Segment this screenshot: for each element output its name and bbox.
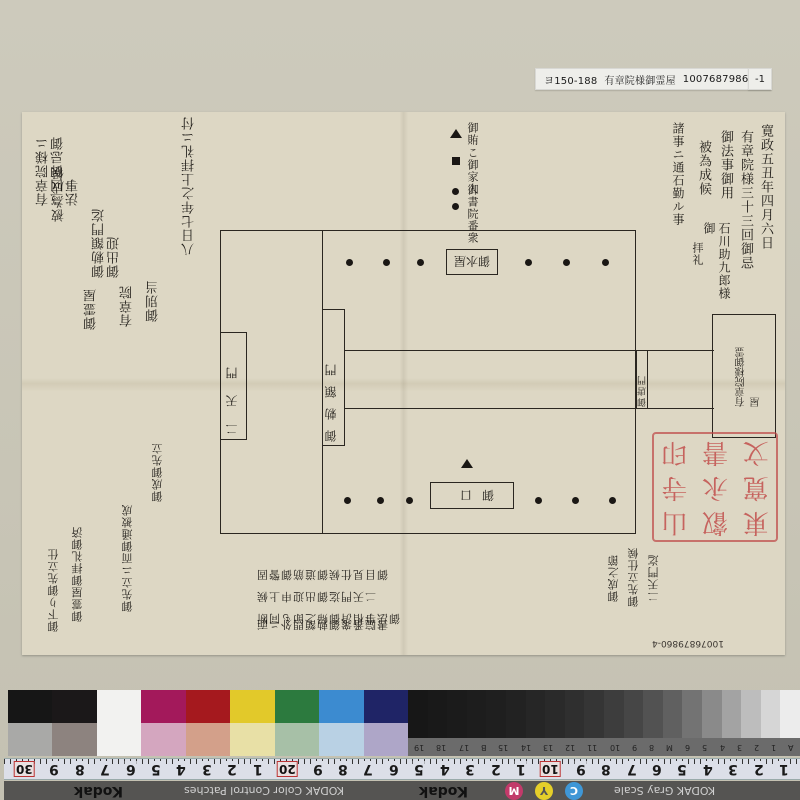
gray-step-label: 3	[737, 743, 742, 752]
guard-dot	[609, 497, 616, 504]
plan-box-chokugakumon-label: 御勅額門	[324, 317, 339, 442]
left-body-line-1: 御成御先立	[150, 332, 165, 502]
ruler-tick-label: 30	[14, 761, 35, 777]
seal-char: 叡	[695, 509, 736, 535]
color-patch-column	[141, 690, 185, 756]
color-patch-column	[319, 690, 363, 756]
ruler-tick-label: 1	[252, 761, 264, 777]
guard-dot	[563, 259, 570, 266]
ruler-tick-label: 8	[337, 761, 349, 777]
heading-line-2: 有章院様三十三回御忌	[738, 130, 753, 305]
color-patch	[319, 723, 363, 756]
ruler-tick-label: 4	[702, 761, 714, 777]
cyan-marker-icon: C	[565, 782, 583, 800]
gray-strip-name: KODAK Gray Scale	[614, 784, 715, 797]
ruler-tick-label: 20	[277, 761, 298, 777]
guard-dot	[572, 497, 579, 504]
gray-step-label: 11	[587, 743, 597, 752]
calibration-card-footer: Kodak KODAK Color Control Patches Kodak …	[4, 781, 800, 800]
square-legend-icon	[452, 157, 460, 165]
color-strip-name: KODAK Color Control Patches	[184, 784, 344, 797]
ruler-tick-label: 10	[540, 761, 561, 777]
heading-line-5: 石川助九郎様御	[701, 222, 731, 312]
heading-line-1: 寛政五丑年四月六日	[758, 124, 773, 299]
gray-step-label: 10	[610, 743, 620, 752]
ruler-tick-label: 7	[362, 761, 374, 777]
plan-box-mitamaya-label: 有章院様御霊屋	[734, 347, 764, 407]
color-patch-column	[52, 690, 96, 756]
gray-step-label: 15	[498, 743, 508, 752]
triangle-legend-icon	[450, 129, 462, 138]
ruler-tick-label: 7	[626, 761, 638, 777]
color-patch	[230, 723, 274, 756]
bottom-body-line-2: 御目見仕候御道筋御警固	[256, 562, 388, 582]
ruler-tick-label: 2	[753, 761, 765, 777]
ruler-tick-label: 5	[676, 761, 688, 777]
bottom-body-line-3: 二天門迄御出迎申上候	[256, 584, 376, 604]
guard-dot	[346, 259, 353, 266]
magenta-marker-icon: M	[505, 782, 523, 800]
color-patch	[52, 723, 96, 756]
ruler-tick-label: 7	[99, 761, 111, 777]
gray-step-label: 2	[754, 743, 759, 752]
gray-scale-labels: 191817B15141312111098M654321A	[408, 738, 800, 756]
color-patch	[97, 723, 141, 756]
document-id: 10076879860	[683, 74, 755, 85]
heading-line-3: 御法事御用	[718, 130, 733, 210]
color-patch	[319, 690, 363, 723]
gray-step-label: 1	[771, 743, 776, 752]
ruler-tick-label: 4	[175, 761, 187, 777]
dot-legend-icon	[452, 203, 459, 210]
triangle-marker-icon	[461, 459, 473, 468]
gray-step-label: 14	[521, 743, 531, 752]
ruler-tick-label: 9	[575, 761, 587, 777]
ruler-tick-label: 2	[490, 761, 502, 777]
plan-box-karamon-label: 御唐門	[636, 352, 651, 407]
plan-outer-enclosure	[220, 230, 636, 534]
seal-char: 山	[654, 509, 695, 535]
plan-box-nitenmon-label: 二天門	[225, 340, 240, 435]
bottom-right-line-2: 御先立仕候	[626, 537, 641, 607]
seal-char: 書	[695, 439, 736, 465]
gray-step-label: 13	[543, 743, 553, 752]
seal-char: 印	[654, 439, 695, 465]
color-control-patches	[8, 690, 408, 756]
left-heading-line-1: 八日七年之上拝礼ニ付	[182, 116, 197, 256]
gray-step-label: 19	[414, 743, 424, 752]
document-title: 有章院様御霊屋	[604, 72, 675, 87]
gray-step-label: 4	[720, 743, 725, 752]
ruler-tick-label: 8	[74, 761, 86, 777]
color-patch-column	[8, 690, 52, 756]
ruler-tick-label: 5	[413, 761, 425, 777]
dot-legend-icon	[452, 188, 459, 195]
color-patch	[97, 690, 141, 723]
seal-char: 永	[695, 474, 736, 500]
marginal-note-2: 有章院	[120, 252, 135, 327]
ruler-tick-label: 6	[651, 761, 663, 777]
guard-dot	[525, 259, 532, 266]
heading-line-7: 諸事ニ通石勤ル事	[670, 122, 685, 252]
color-patch	[364, 690, 408, 723]
marginal-note-3: 御別当	[146, 262, 161, 322]
ruler-tick-label: 8	[600, 761, 612, 777]
ruler-tick-label: 3	[727, 761, 739, 777]
archive-label: ヨ150-188 有章院様御霊屋 10076879860	[535, 68, 771, 90]
seal-char: 文	[735, 439, 776, 465]
color-patch	[141, 723, 185, 756]
document-sheet: 寛政五丑年四月六日 有章院様三十三回御忌 御法事御用 被為成候 石川助九郎様御 …	[22, 112, 785, 655]
ruler-tick-label: 6	[125, 761, 137, 777]
heading-line-6: 拝礼	[690, 242, 705, 282]
guard-dot	[602, 259, 609, 266]
color-patch	[186, 690, 230, 723]
color-patch-column	[230, 690, 274, 756]
kodak-logo-right: Kodak	[419, 783, 468, 799]
guard-dot	[383, 259, 390, 266]
gray-step-label: B	[481, 743, 487, 752]
plan-box-top-label: 御水屋	[446, 249, 498, 275]
bottom-right-line-3: 二天門迄	[646, 532, 661, 602]
left-heading-line-3: 被為成候	[52, 162, 67, 222]
color-patch	[275, 723, 319, 756]
color-patch	[186, 723, 230, 756]
bottom-body-line-4: 御法事相済御帰之節も同断	[256, 606, 400, 626]
plan-path-top-line	[344, 350, 714, 351]
ruler-tick-label: 1	[515, 761, 527, 777]
ruler-tick-label: 5	[150, 761, 162, 777]
sequence-label: -1	[748, 68, 772, 90]
gray-step-label: 6	[685, 743, 690, 752]
yellow-marker-icon: Y	[535, 782, 553, 800]
gray-step-label: A	[788, 743, 793, 752]
gray-step-label: 9	[632, 743, 637, 752]
kodak-logo-left: Kodak	[74, 783, 123, 799]
gray-step-label: 17	[459, 743, 469, 752]
ruler-tick-label: 9	[48, 761, 60, 777]
seal-char: 東	[735, 509, 776, 535]
color-patch	[52, 690, 96, 723]
color-patch-column	[97, 690, 141, 756]
color-patch	[275, 690, 319, 723]
gray-step-label: 5	[702, 743, 707, 752]
color-patch-column	[364, 690, 408, 756]
plan-box-bottom-label: 御口	[430, 482, 514, 509]
gray-step-label: 18	[436, 743, 446, 752]
ruler-tick-label: 6	[388, 761, 400, 777]
call-number: ヨ150-188	[544, 72, 597, 87]
ruler-tick-label: 3	[464, 761, 476, 777]
bottom-right-line-1: 御成之節	[606, 532, 621, 602]
guard-dot	[417, 259, 424, 266]
red-seal-stamp: 東 叡 山 寛 永 寺 文 書 印	[652, 432, 778, 542]
color-patch	[141, 690, 185, 723]
centimeter-ruler: 309876543212098765432110987654321	[4, 758, 800, 780]
color-patch	[364, 723, 408, 756]
ruler-tick-label: 1	[778, 761, 790, 777]
seal-char: 寛	[735, 474, 776, 500]
ruler-tick-label: 4	[439, 761, 451, 777]
seal-char: 寺	[654, 474, 695, 500]
marginal-note-1: 御霊屋	[84, 280, 99, 330]
guard-dot	[535, 497, 542, 504]
plan-path-bottom-line	[344, 408, 714, 409]
left-heading-line-4: 御勅額門迄御出迎	[92, 198, 122, 278]
left-body-line-2: 御先立ニ而御通被成	[120, 462, 135, 612]
color-patch	[230, 690, 274, 723]
ruler-tick-label: 9	[312, 761, 324, 777]
handwritten-catalog-number: 10076879860-4	[652, 638, 724, 648]
color-patch-column	[186, 690, 230, 756]
color-patch	[8, 723, 52, 756]
gray-step-label: 12	[565, 743, 575, 752]
color-patch-column	[275, 690, 319, 756]
ruler-tick-label: 3	[201, 761, 213, 777]
guard-dot	[406, 497, 413, 504]
guard-dot	[377, 497, 384, 504]
ruler-tick-label: 2	[226, 761, 238, 777]
left-body-line-4: 御下り御先立仕	[46, 382, 61, 632]
left-body-line-3: 御霊屋御拝礼御済	[70, 342, 85, 622]
gray-step-label: M	[666, 743, 673, 752]
color-patch	[8, 690, 52, 723]
gray-step-label: 8	[649, 743, 654, 752]
heading-line-4: 被為成候	[696, 140, 711, 210]
guard-dot	[344, 497, 351, 504]
